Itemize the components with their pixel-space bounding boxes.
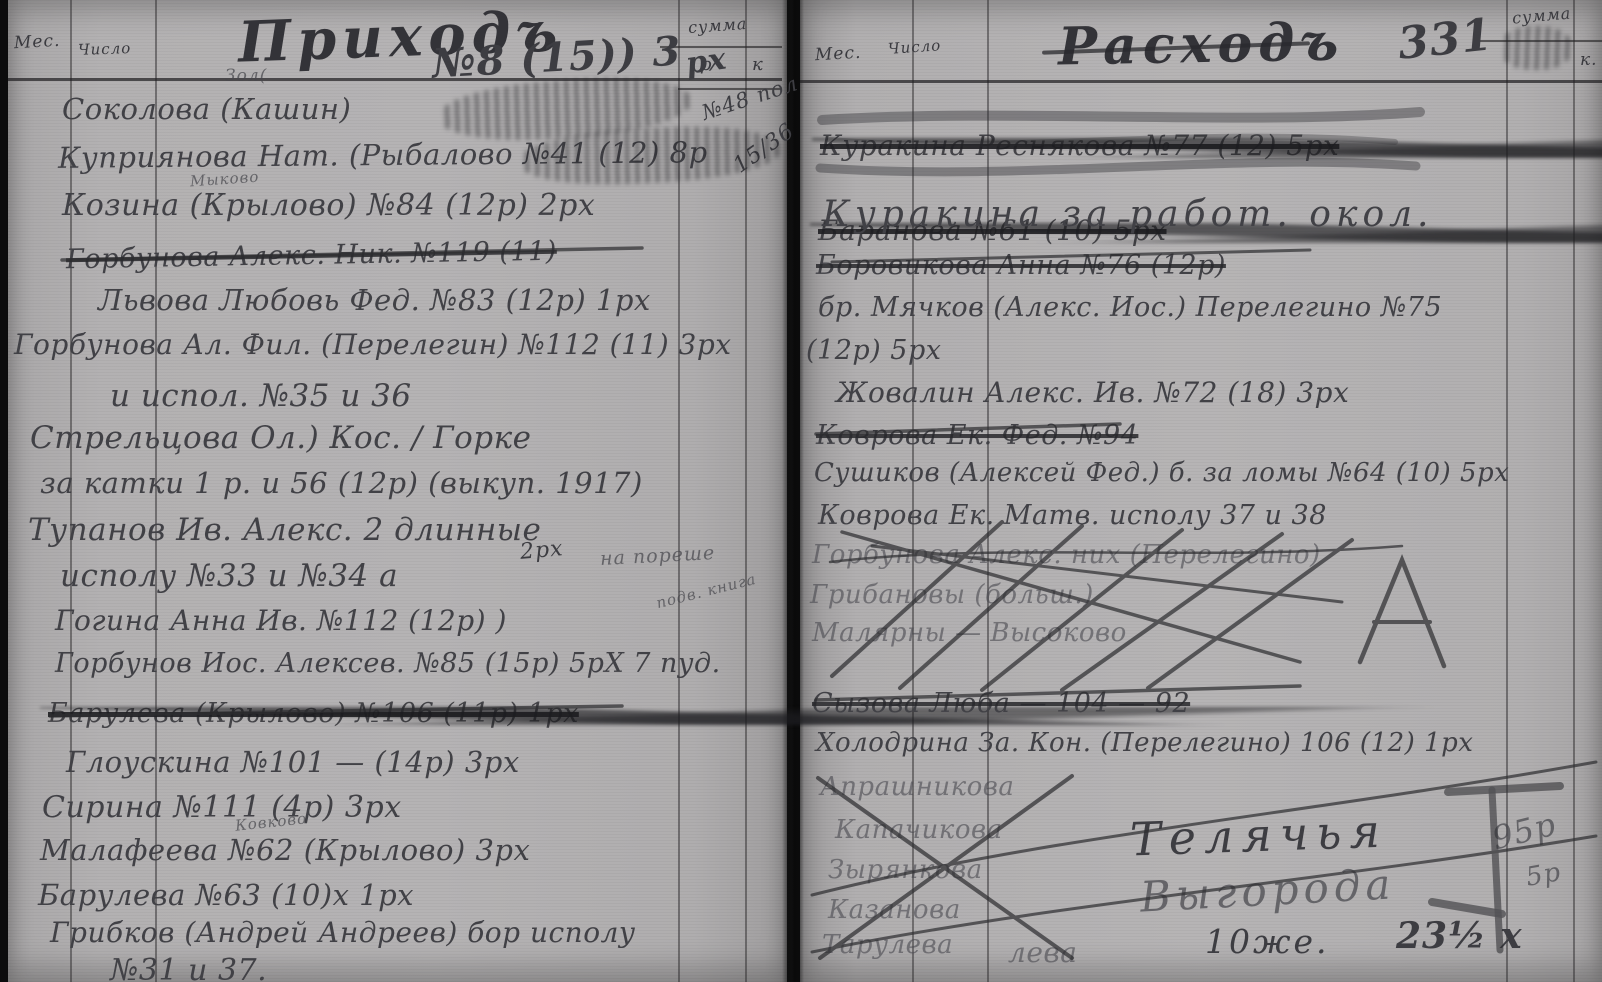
header-rule — [800, 80, 1602, 83]
ledger-entry: Сирина №111 (4р) 3рх — [42, 790, 402, 825]
col-header-day: Число — [78, 39, 132, 59]
col-header-month: Мес. — [14, 31, 61, 53]
ledger-entry: Горбунов Иос. Алексев. №85 (15р) 5рХ 7 п… — [55, 648, 721, 679]
col-header-month: Мес. — [815, 43, 862, 65]
col-header-day: Число — [887, 36, 941, 58]
ledger-entry: Коврова Ек. Фед. №94 — [816, 420, 1138, 451]
ledger-entry: Горбунова Алекс. них (Перелегино) — [812, 540, 1321, 570]
ledger-entry: Тупанов Ив. Алекс. 2 длинные — [28, 512, 541, 548]
ledger-entry: лева — [1008, 936, 1077, 969]
ledger-entry: Грибановы (больш.) — [810, 580, 1094, 610]
ledger-entry: Львова Любовь Фед. №83 (12р) 1рх — [98, 283, 651, 317]
side-note: Зол( — [225, 66, 267, 86]
ledger-entry: Холодрина За. Кон. (Перелегино) 106 (12)… — [816, 728, 1473, 758]
sum-rx-annotation: рх — [684, 41, 729, 81]
header-rule — [8, 78, 782, 81]
col-header-kop: к. — [1580, 50, 1598, 70]
ledger-entry: Малярны — Высоково — [812, 618, 1127, 648]
ledger-entry: Коврова Ек. Матв. исполу 37 и 38 — [818, 500, 1327, 531]
sum-header-rule — [1480, 40, 1602, 42]
ledger-entry: исполу №33 и №34 а — [60, 558, 398, 594]
area-label: Телячья — [1129, 804, 1389, 867]
ledger-entry: Жовалин Алекс. Ив. №72 (18) 3рх — [836, 376, 1349, 409]
ledger-entry: Капачикова — [835, 815, 1003, 845]
ledger-entry: Горбунова Ал. Фил. (Перелегин) №112 (11)… — [14, 328, 732, 361]
ledger-entry: Куракина Реснякова №77 (12) 5рх — [820, 129, 1602, 162]
ledger-entry: Соколова (Кашин) — [62, 92, 351, 126]
ledger-entry: за катки 1 р. и 56 (12р) (выкуп. 1917) — [40, 466, 643, 500]
ledger-entry: Козина (Крылово) №84 (12р) 2рх — [62, 188, 595, 223]
sum-value: 23½ х — [1396, 915, 1523, 957]
ledger-entry: Глоускина №101 — (14р) 3рх — [66, 745, 520, 779]
ledger-entry: Стрельцова Ол.) Кос. / Горке — [30, 420, 531, 456]
ledger-entry: Апрашникова — [820, 772, 1014, 802]
ledger-entry: Казанова — [828, 895, 961, 925]
ledger-entry: Зырянкова — [828, 855, 983, 885]
ledger-entry: Сызова Люба — 104 — 92 — [812, 688, 1190, 719]
area-label: 10же. — [1205, 922, 1330, 961]
page-number: 331 — [1396, 9, 1496, 70]
ledger-scan: Мес. Число Приходъ сумма р к №8 (15)) 3 … — [0, 0, 1602, 982]
ledger-entry: (12р) 5рх — [806, 335, 941, 366]
ledger-entry: и испол. №35 и 36 — [110, 378, 412, 414]
ledger-entry: Боровикова Анна №76 (12р) — [816, 250, 1226, 281]
ledger-entry: Гогина Анна Ив. №112 (12р) ) — [55, 604, 507, 637]
ledger-entry: Куприянова Нат. (Рыбалово №41 (12) 8р — [58, 135, 708, 175]
ledger-entry: Барулева №63 (10)х 1рх — [38, 878, 414, 912]
ledger-entry: Тарулева — [822, 930, 953, 960]
ledger-entry: бр. Мячков (Алекс. Иос.) Перелегино №75 — [818, 292, 1442, 323]
ledger-entry: Сушиков (Алексей Фед.) б. за ломы №64 (1… — [814, 458, 1509, 488]
col-header-kop: к — [752, 54, 764, 75]
ledger-entry: Малафеева №62 (Крылово) 3рх — [40, 833, 530, 867]
sum-value: 5р — [1524, 857, 1564, 893]
ledger-entry: №31 и 37. — [110, 953, 267, 982]
ledger-entry: Куракина за работ. окол. — [822, 194, 1433, 235]
ledger-entry: Грибков (Андрей Андреев) бор исполу — [50, 916, 636, 949]
